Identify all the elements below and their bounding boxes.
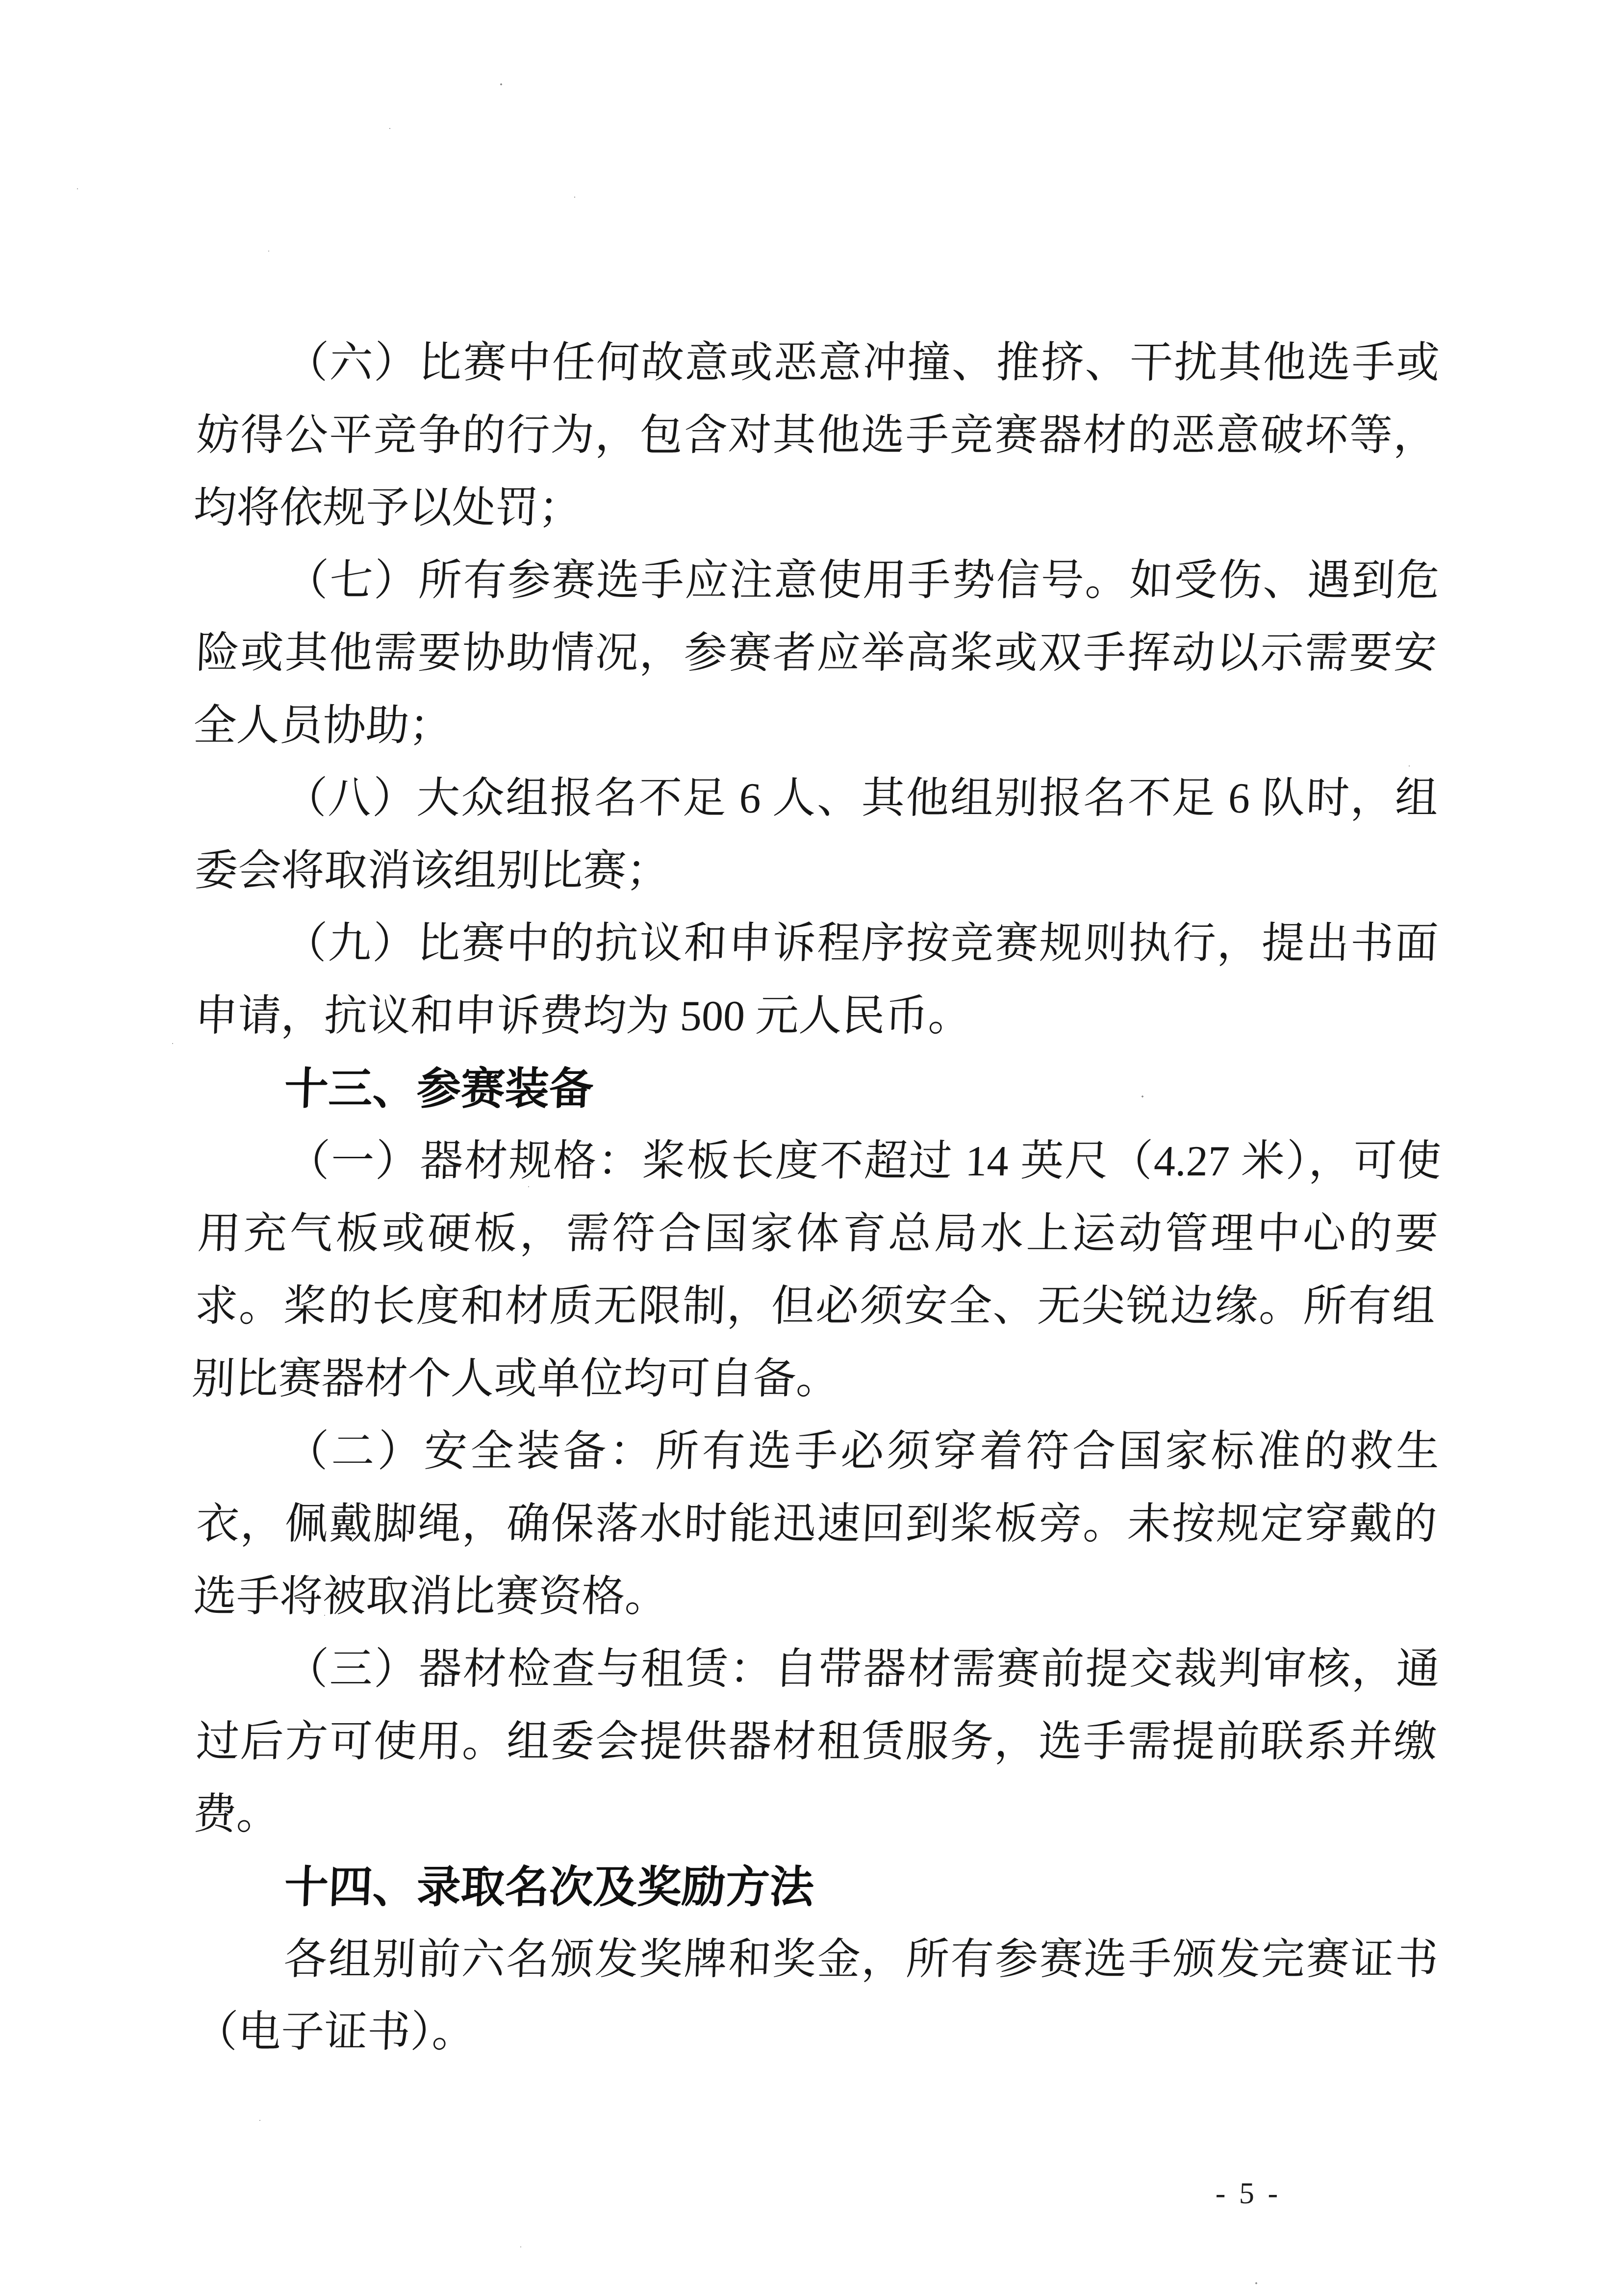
page-number: - 5 - xyxy=(1215,2178,1281,2209)
paragraph-clause-9: （九）比赛中的抗议和申诉程序按竞赛规则执行，提出书面申请，抗议和申诉费均为 50… xyxy=(193,908,1439,1053)
section-heading-13: 十三、参赛装备 xyxy=(195,1053,1438,1125)
paragraph-awards: 各组别前六名颁发奖牌和奖金，所有参赛选手颁发完赛证书（电子证书）。 xyxy=(193,1924,1439,2069)
paragraph-clause-6: （六）比赛中任何故意或恶意冲撞、推挤、干扰其他选手或妨得公平竞争的行为，包含对其… xyxy=(192,327,1441,545)
paragraph-equipment-2: （二）安全装备：所有选手必须穿着符合国家标准的救生衣，佩戴脚绳，确保落水时能迅速… xyxy=(192,1416,1441,1633)
paragraph-equipment-1: （一）器材规格：桨板长度不超过 14 英尺（4.27 米），可使用充气板或硬板，… xyxy=(191,1125,1443,1416)
paragraph-clause-7: （七）所有参赛选手应注意使用手势信号。如受伤、遇到危险或其他需要协助情况，参赛者… xyxy=(192,545,1441,763)
paragraph-equipment-3: （三）器材检查与租赁：自带器材需赛前提交裁判审核，通过后方可使用。组委会提供器材… xyxy=(192,1633,1441,1851)
section-heading-14: 十四、录取名次及奖励方法 xyxy=(195,1851,1438,1924)
paragraph-clause-8: （八）大众组报名不足 6 人、其他组别报名不足 6 队时，组委会将取消该组别比赛… xyxy=(193,763,1439,908)
document-page: （六）比赛中任何故意或恶意冲撞、推挤、干扰其他选手或妨得公平竞争的行为，包含对其… xyxy=(0,0,1624,2293)
document-body: （六）比赛中任何故意或恶意冲撞、推挤、干扰其他选手或妨得公平竞争的行为，包含对其… xyxy=(196,327,1437,2069)
